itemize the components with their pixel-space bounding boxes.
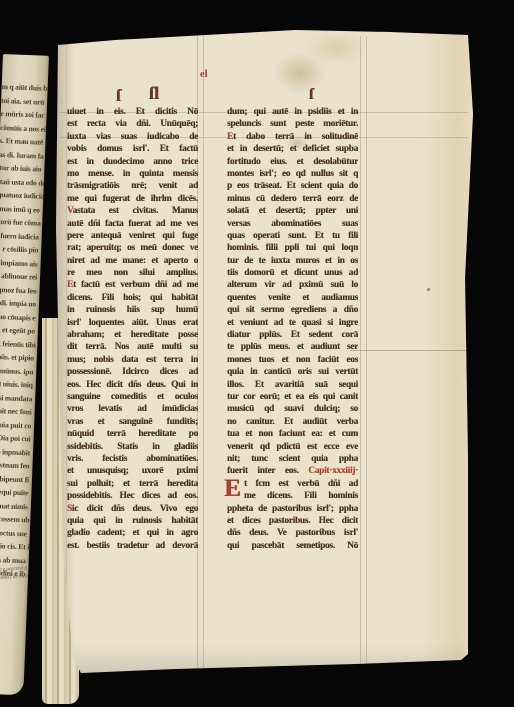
text-line: Et factū est verbum dñi ad me [67,279,198,291]
text-line: Et dabo terrā in solitudinē [227,131,358,143]
decorated-ascender: ſ [309,86,313,104]
text-line: mō inpmabit [0,446,33,461]
text-line: me dicens. Fili hominis [227,490,358,502]
text-line: ppheta de pastoribus isrl'; ppha [227,503,358,515]
text-line: cinat io cis. Et i [0,541,29,556]
text-line: quo cōuapis e [0,311,39,326]
manuscript-page: el ſ ſl ſ uiuet in eis. Et dicitis Nōest… [55,28,480,676]
text-line: tur cor eorū; et ea eis qui canit [227,391,358,403]
ruling-line [360,36,361,668]
ruling-line [366,36,367,668]
text-line: nūquid terrā hereditate po [67,428,198,440]
text-line: Sic dicit dñs deus. Vivo ego [67,503,198,515]
chapter-34-block: E t fcm est verbū dñi adme dicens. Fili … [227,478,358,552]
text-line: r; si mandata [0,392,35,407]
text-line: isrl' loquentes aiūt. Unus erat [67,317,198,329]
text-line: est in duodecimo anno trice [67,156,198,168]
text-line: et unusquisq; uxorē pximi [67,465,198,477]
chapter-heading: Capit·xxxiiij· [308,466,358,476]
text-line: versas abominatiōes suas [227,218,358,230]
fold-crease [350,350,468,351]
facing-page-text-fragments: m q aiūt duis btoi aia. set urūr mūris z… [0,82,48,583]
text-line: fuerit inter eos. Capit·xxxiiij· [227,465,358,477]
running-header-mark: el [200,69,208,80]
rubricated-initial: E [227,132,233,142]
text-line: mus; nobis data est terra in [67,354,198,366]
text-line: niret ad me mane: et aperto o [67,255,198,267]
text-line: rat; aperuitq; os meū donec ve [67,242,198,254]
text-line: ūs. et egeūt po [0,325,38,340]
rubricated-initial: E [67,280,73,290]
text-line: nt uiuis. iniq [0,379,36,394]
text-line: mones tuos et non faciūt eos [227,354,358,366]
text-line: possidebitis. Hec dices ad eos. [67,490,198,502]
text-line: s. Dia poi cui [0,433,34,448]
decorated-ascender: ſl [149,83,159,104]
text-line: ua uia puit co [0,419,34,434]
text-line: tua et non faciunt ea: et cum [227,428,358,440]
text-line: et veniunt ad te quasi si ingre [227,317,358,329]
text-line: qui sit sermo egrediens a dño [227,304,358,316]
text-line: est equi puite [0,487,32,502]
photo-backdrop: { "palette": { "background": "#060606", … [0,0,514,707]
text-line: r iustnam feo [0,460,33,475]
chapter-initial: E [224,476,243,501]
text-line: quia qui in ruinosis habitāt [67,515,198,527]
text-line: vobis domus isrl'. Et factū [67,143,198,155]
text-line: gladio cadent; et qui in agro [67,527,198,539]
text-line: Et bipeunt fi [0,473,32,488]
text-line: le imūnus. ipu [0,365,36,380]
rubricated-initial: S [67,504,72,514]
text-line: vras et sanguinē funditis; [67,416,198,428]
decorated-ascender: ſ [116,86,121,106]
text-line: solatā et desertā; ppter uni [227,205,358,217]
text-line: nit; tunc scient quia ppha [227,453,358,465]
text-line: sui polluit; et terrā heredita [67,478,198,490]
text-line: Vastata est civitas. Manus [67,205,198,217]
text-line: montes isrl'; eo qd nullus sit q [227,168,358,180]
text-line: ssidebitis. Statis in gladiis [67,441,198,453]
margin-note: Sanct ab e pascend p lacū et iniusta f a… [0,565,30,584]
text-line: no canitur. Et audiūt verba [227,416,358,428]
text-line: speluncis sunt peste moriētur. [227,118,358,130]
text-line: eos. Hec dicit dñs deus. Qui in [67,379,198,391]
text-line: un ucossem ub [0,514,31,529]
text-line: tiis domorū et dicunt unus ad [227,267,358,279]
text-line: sua foctus sue [0,527,30,542]
text-line: possessionē. Idcirco dices ad [67,366,198,378]
text-line: re meo non silui amplius. [67,267,198,279]
text-line: dum; qui autē in psidiis et in [227,106,358,118]
text-line: aūs. et pipio [0,352,37,367]
text-line: tur de te iuxta muros et in os [227,255,358,267]
text-line: mo mense. in quinta mensis [67,168,198,180]
text-line: abraham; et hereditate posse [67,329,198,341]
text-line: uiuet in eis. Et dicitis Nō [67,106,198,118]
text-line: quia in canticū oris sui vertūt [227,366,358,378]
text-line: musicū qd suavi dulciq; so [227,403,358,415]
text-line: qui pascebāt semetipos. Nō [227,540,358,552]
text-line: iuxta vias suas iudicabo de [67,131,198,143]
text-line: est recta via dñi. Unūquēq; [67,118,198,130]
text-line: uo. feienūs tibi [0,338,38,353]
text-line: venerit qd pdictū est ecce eve [227,441,358,453]
text-line: fortitudo eius. et desolabūtur [227,156,358,168]
column-right-part1: dum; qui autē in psidiis et inspeluncis … [227,106,358,478]
chapter-34-lines: t fcm est verbū dñi adme dicens. Fili ho… [227,478,358,552]
text-line: diatur pplūs. Et sedent corā [227,329,358,341]
text-line: autē dñi facta fuerat ad me ves [67,218,198,230]
text-line: dicens. Fili hois; qui habitāt [67,292,198,304]
text-line: et in desertū; et deficiet supba [227,143,358,155]
text-column-right: dum; qui autē in psidiis et inspeluncis … [227,106,358,552]
text-line: dñs deus. Ve pastoribus isrl' [227,527,358,539]
text-line: est. bestiis tradetur ad devorā [67,540,198,552]
text-line: trāsmigratiōis nrē; venit ad [67,180,198,192]
text-line: pie uat nimis [0,500,31,515]
text-line: vris. fecistis abominatiōes. [67,453,198,465]
text-line: quentes venite et audiamus [227,292,358,304]
text-line: t fcm est verbū dñi ad [227,478,358,490]
text-line: p eos trāseat. Et scient quia do [227,180,358,192]
text-line: minus cū dedero terrā eorz de [227,193,358,205]
rubricated-initial: V [67,206,73,216]
wormhole-spot [427,288,430,291]
text-line: illos. Et avaritiā suā sequi [227,379,358,391]
text-line: hominis. filii ppli tui qui loqn [227,242,358,254]
text-line: et dices pastoribus. Hec dicit [227,515,358,527]
text-line: dit terrā. Nos autē multi su [67,341,198,353]
text-column-left: uiuet in eis. Et dicitis Nōest recta via… [67,106,198,552]
text-line: vros levatis ad imūdicias [67,403,198,415]
text-line: quas operati sunt. Et tu fili [227,230,358,242]
ruling-line [203,36,204,668]
text-line: te pplūs meus. et audiunt ser [227,341,358,353]
text-line: pere antequā veniret qui fuge [67,230,198,242]
text-line: in ruinosis hiis sup humū [67,304,198,316]
text-line: auit nec foni [0,406,35,421]
text-line: alterum vir ad pximū suū lo [227,279,358,291]
text-line: me qui fugerat de ihrlm dicēs. [67,193,198,205]
text-line: sanguine comeditis et oculos [67,391,198,403]
